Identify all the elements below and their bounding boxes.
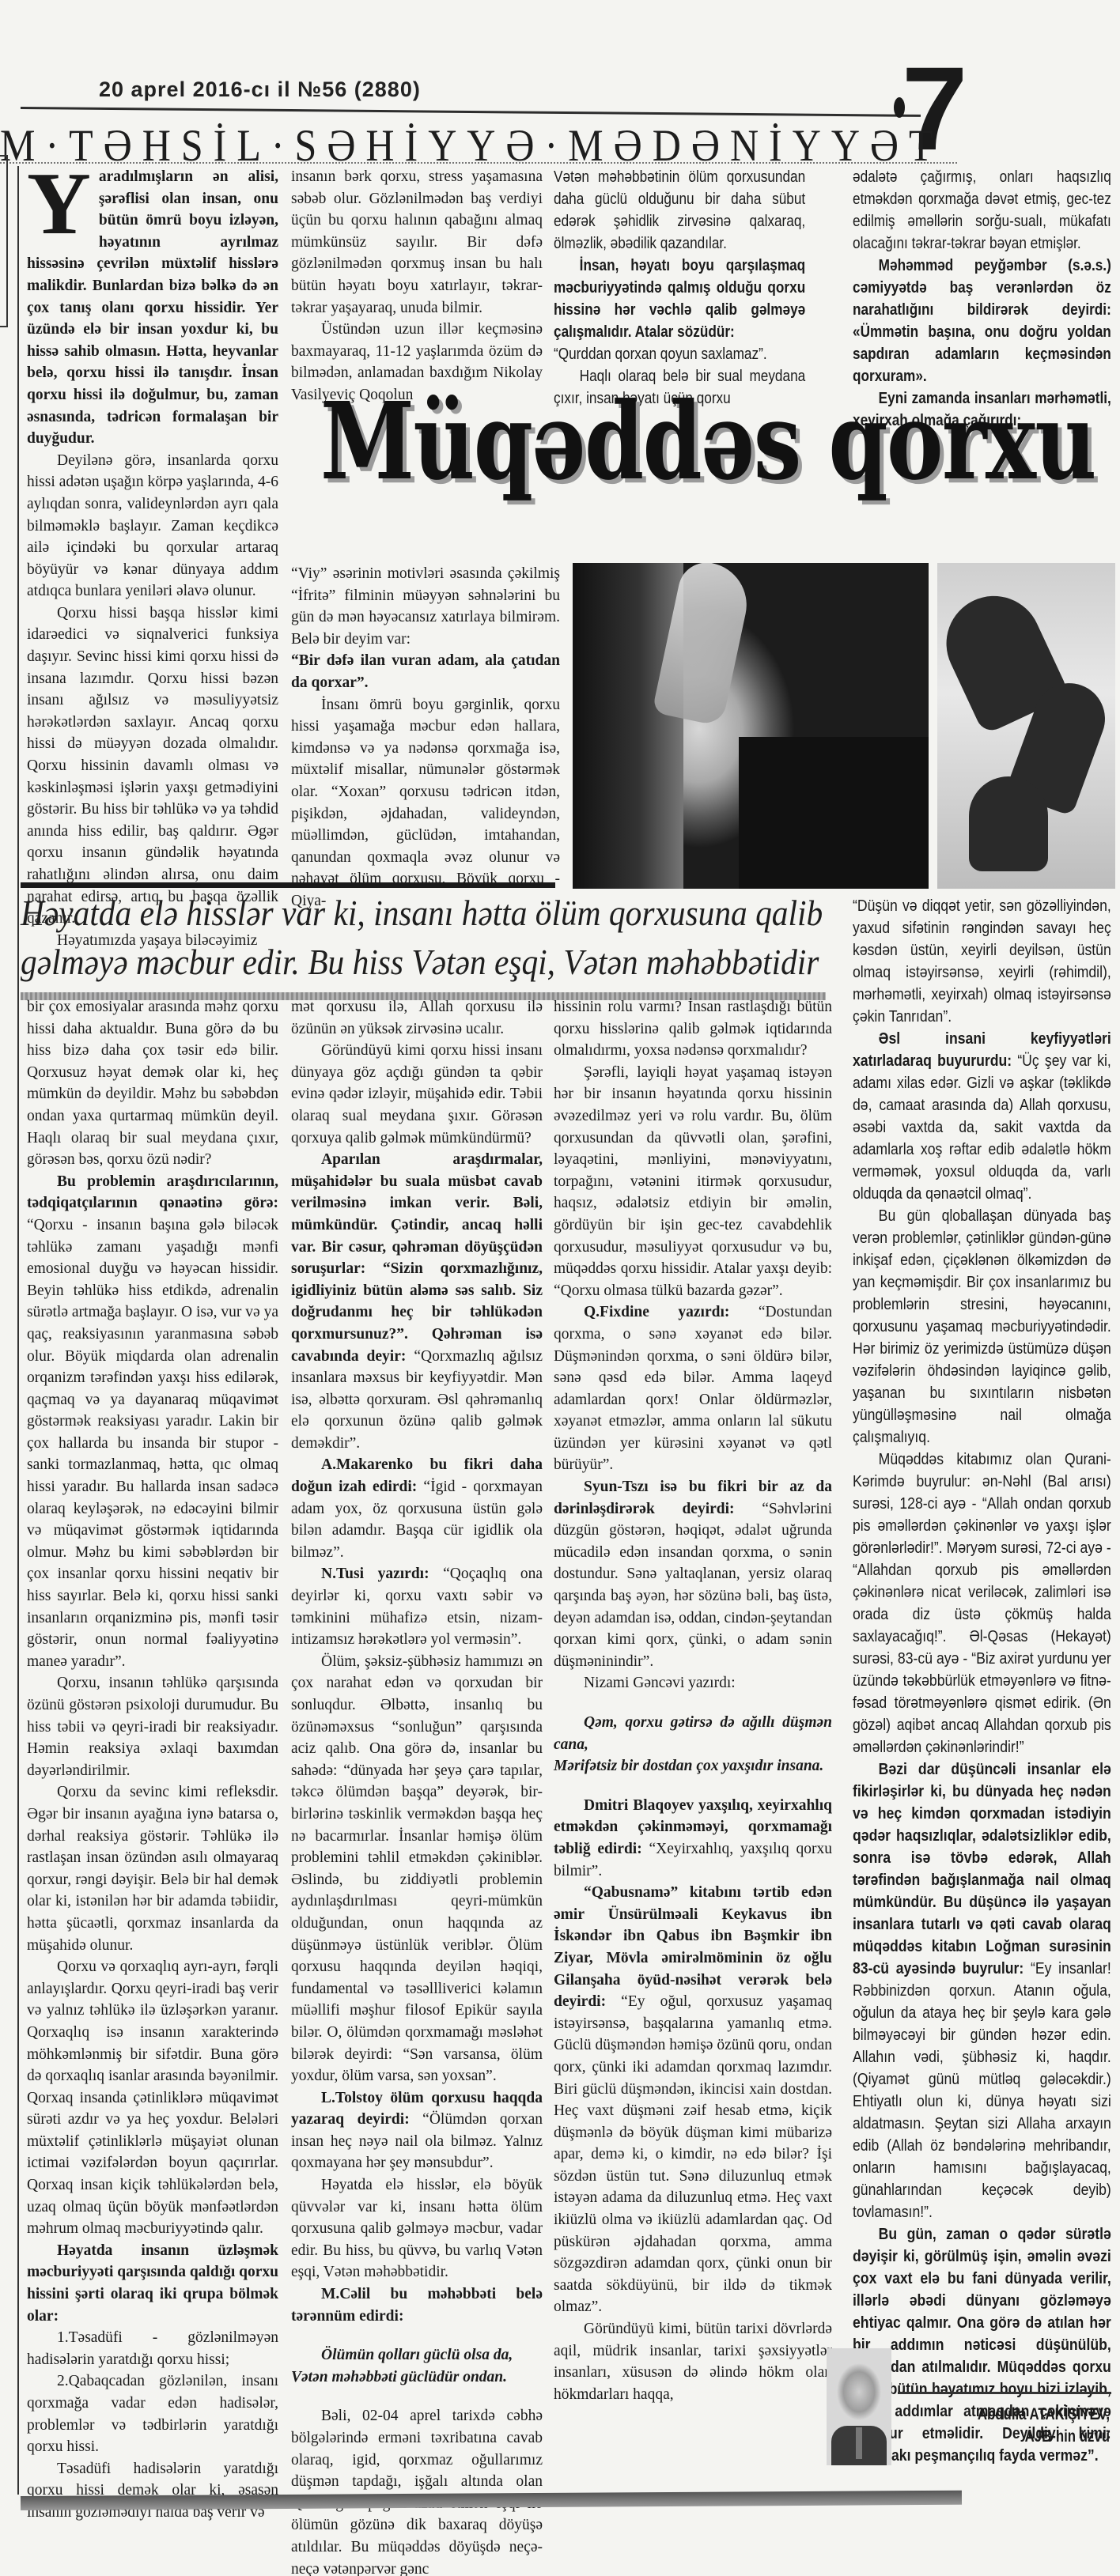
paragraph: 2.Qabaqcadan gözlənilən, insanı qorxmağa… [27,2370,278,2457]
article-subtitle: Həyatda elə hisslər var ki, insanı hətta… [21,889,758,987]
paragraph: Bəzi dar düşüncəli insanlar elə fikirləş… [853,1758,1111,2223]
article-title: Müqəddəs qorxu [320,380,1095,504]
article-column-3: Vətən məhəbbətinin ölüm qorxusundan daha… [554,166,805,410]
article-column-2-lower: “Viy” əsərinin motivləri əsasında çəkilm… [291,563,560,912]
paragraph: Əsl insani keyfiyyətləri xatırladaraq bu… [853,1028,1111,1205]
paragraph: Vətən məhəbbətinin ölüm qorxusundan daha… [554,166,805,255]
paragraph: Deyilənə görə, insanlarda qorxu hissi ad… [27,450,278,602]
subtitle-top-rule [21,882,555,888]
subtitle-line-1: Həyatda elə hisslər var ki, insanı hətta… [21,889,758,938]
paragraph: Syun-Tszı isə bu fikri bir az da dərinlə… [554,1476,832,1672]
column-rule-left [17,166,19,2495]
author-role: AJB-nin üzvü [940,2426,1110,2448]
paragraph: “Qabusnamə” kitabını tərtib edən əmir Ün… [554,1882,832,2318]
article-body-column-2: mət qorxusu ilə, Allah qorxusu ilə özünü… [291,996,543,2576]
paragraph: Ölüm, şəksiz-şübhəsiz hamımızı ən çox na… [291,1651,543,2087]
paragraph: Bu gün qloballaşan dünyada baş verən pro… [853,1205,1111,1449]
paragraph: Qorxu hissi başqa hisslər kimi idarəedic… [27,602,278,930]
hand-shape [969,776,1048,871]
paragraph: “Düşün və diqqət yetir, sən gözəlliyində… [853,895,1111,1028]
article-lead-column: Yaradılmışların ən alisi, şərəflisi olan… [27,166,278,951]
paragraph: Müqəddəs kitabımız olan Qurani-Kərimdə b… [853,1449,1111,1758]
paragraph: “Qurddan qorxan qoyun saxlamaz”. [554,343,805,365]
paragraph: mət qorxusu ilə, Allah qorxusu ilə özünü… [291,996,543,1040]
article-body-column-3: hissinin rolu varmı? İnsan rastlaşdığı b… [554,996,832,2405]
paragraph: Məhəmməd peyğəmbər (s.ə.s.) cəmiyyətdə b… [853,255,1111,387]
article-column-right: “Düşün və diqqət yetir, sən gözəlliyində… [853,895,1111,2467]
hands-silhouette-photo [937,563,1115,889]
paragraph: 1.Təsadüfi - gözlənilməyən hadisələrin y… [27,2327,278,2370]
paragraph: L.Tolstoy ölüm qorxusu haqqda yazaraq de… [291,2087,543,2174]
author-photo [827,2348,891,2465]
paragraph: Təsadüfi hadisələrin yaratdığı qorxu his… [27,2458,278,2524]
paragraph: N.Tusi yazırdı: “Qoçaqlıq ona deyirlər k… [291,1563,543,1650]
photo-dark-area [739,737,929,889]
issue-dateline: 20 aprel 2016-cı il №56 (2880) [99,77,421,102]
paragraph: Bəli, 02-04 aprel tarixdə cəbhə bölgələr… [291,2405,543,2576]
paragraph: A.Makarenko bu fikri daha doğun izah edi… [291,1454,543,1563]
author-byline: Abdulla ATAKİŞİYEV, AJB-nin üzvü [940,2404,1110,2448]
paragraph: Qəm, qorxu gətirsə də ağıllı düşmən cana… [554,1712,832,1777]
paragraph: Göründüyü kimi qorxu hissi insanı dünyay… [291,1040,543,1149]
paragraph: Qorxu və qorxaqlıq ayrı-ayrı, fərqli anl… [27,1956,278,2240]
paragraph: “Bir dəfə ilan vuran adam, ala çatıdan d… [291,650,560,693]
subtitle-line-2: gəlməyə məcbur edir. Bu hiss Vətən eşqi,… [21,938,758,987]
paragraph: Həyatda elə hisslər, elə böyük qüvvələr … [291,2174,543,2283]
paragraph: Q.Fixdine yazırdı: “Dostundan qorxma, o … [554,1301,832,1476]
article-column-2-upper: insanın bərk qorxu, stress yaşamasına sə… [291,166,543,406]
paragraph: Göründüyü kimi, bütün tarixi dövrlərdə a… [554,2318,832,2405]
paragraph: Dmitri Blaqoyev yaxşılıq, xeyirxahlıq et… [554,1795,832,1882]
paragraph: insanın bərk qorxu, stress yaşamasına sə… [291,166,543,319]
paragraph: “Viy” əsərinin motivləri əsasında çəkilm… [291,563,560,650]
paragraph: bir çox emosiyalar arasında məhz qorxu h… [27,996,278,1171]
paragraph: Qorxu da sevinc kimi refleksdir. Əgər bi… [27,1781,278,1956]
paragraph: Bu problemin araşdırıcılarının, tədqiqat… [27,1171,278,1673]
paragraph: Aparılan araşdırmalar, müşahidələr bu su… [291,1149,543,1454]
header-rule [21,107,921,117]
paragraph: Ölümün qolları güclü olsa da,Vətən məhəb… [291,2344,543,2388]
paragraph: M.Cəlil bu məhəbbəti belə tərənnüm edird… [291,2283,543,2327]
paragraph: İnsan, həyatı boyu qarşılaşmaq məcburiyy… [554,255,805,343]
photo-shadow [573,563,683,889]
paragraph: Nizami Gəncəvi yazırdı: [554,1672,832,1694]
paragraph: İnsanı ömrü boyu gərginlik, qorxu hissi … [291,694,560,912]
drop-cap: Y [27,169,91,239]
woman-fear-photo [573,563,929,889]
banner-divider [0,162,957,165]
paragraph: ədalətə çağırmış, onları haqsızlıq etmək… [853,166,1111,255]
adjacent-article-edge [0,155,8,327]
author-tie [856,2427,862,2459]
paragraph: Yaradılmışların ən alisi, şərəflisi olan… [27,166,278,450]
paragraph: hissinin rolu varmı? İnsan rastlaşdığı b… [554,996,832,1062]
paragraph: Həyatda insanın üzləşmək məcburiyyəti qa… [27,2240,278,2327]
byline-rule [898,2392,1111,2394]
paragraph: Şərəfli, layiqli həyat yaşamaq istəyən h… [554,1062,832,1302]
author-name: Abdulla ATAKİŞİYEV, [940,2404,1110,2426]
article-body-column-1: bir çox emosiyalar arasında məhz qorxu h… [27,996,278,2524]
paragraph: Qorxu, insanın təhlükə qarşısında özünü … [27,1672,278,1781]
